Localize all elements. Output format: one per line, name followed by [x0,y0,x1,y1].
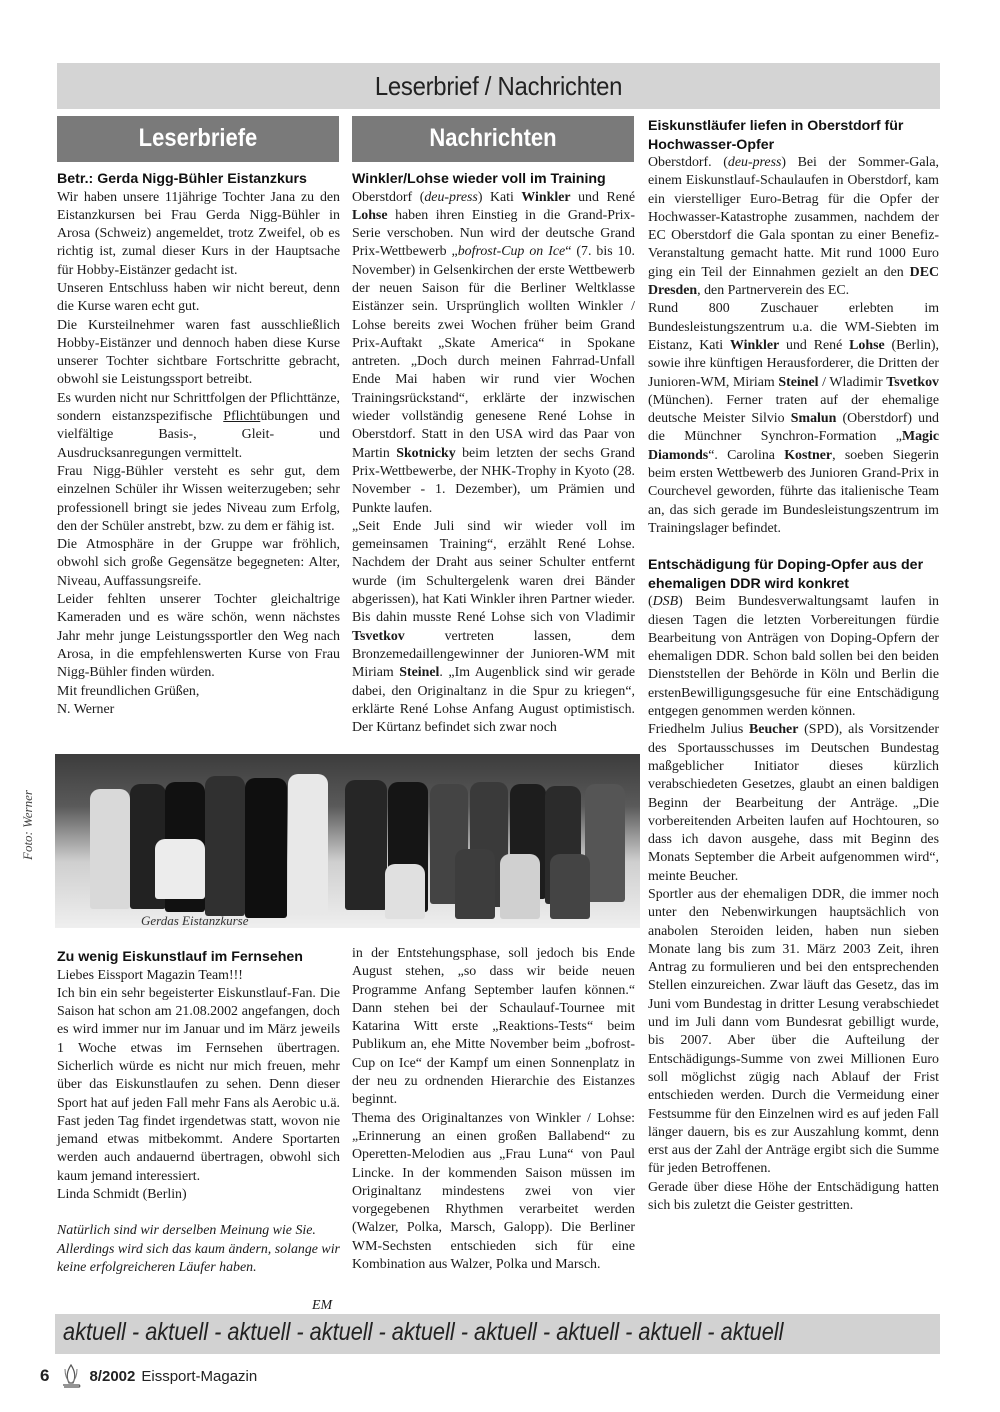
news-headline: Winkler/Lohse wieder voll im Training [352,170,635,189]
page-title: Leserbrief / Nachrichten [92,71,904,102]
news-winkler-lohse: Winkler/Lohse wieder voll im Training Ob… [352,170,635,737]
letter-headline: Betr.: Gerda Nigg-Bühler Eistanzkurs [57,170,340,189]
news-right-column: Eiskunstläufer liefen in Oberstdorf für … [648,117,939,1215]
editor-initials: EM [312,1298,332,1314]
letter-signature: Linda Schmidt (Berlin) [57,1186,340,1204]
letter-headline: Zu wenig Eiskunstlauf im Fernsehen [57,948,340,967]
aktuell-banner: aktuell - aktuell - aktuell - aktuell - … [55,1314,940,1354]
photo-caption: Gerdas Eistanzkurse [141,913,249,929]
editor-reply: Natürlich sind wir derselben Meinung wie… [57,1222,340,1277]
page-header: Leserbrief / Nachrichten [57,63,940,109]
magazine-name: Eissport-Magazin [141,1368,257,1385]
section-header-leserbriefe: Leserbriefe [57,116,339,162]
page-footer: 6 8/2002 Eissport-Magazin [40,1363,257,1389]
letter-signature: N. Werner [57,701,340,719]
group-photo [55,754,640,928]
photo-credit: Foto: Werner [20,790,36,860]
section-header-nachrichten: Nachrichten [352,116,634,162]
letter-zu-wenig-eiskunstlauf: Zu wenig Eiskunstlauf im Fernsehen Liebe… [57,948,340,1277]
news-headline-doping: Entschädigung für Doping-Opfer aus der e… [648,556,939,593]
news-winkler-lohse-continued: in der Entstehungsphase, soll jedoch bis… [352,945,635,1274]
page-number: 6 [40,1366,49,1386]
issue-number: 8/2002 [89,1368,135,1385]
news-headline-hochwasser: Eiskunstläufer liefen in Oberstdorf für … [648,117,939,154]
magazine-logo-icon [59,1363,83,1389]
letter-gerda-nigg-buehler: Betr.: Gerda Nigg-Bühler Eistanzkurs Wir… [57,170,340,719]
